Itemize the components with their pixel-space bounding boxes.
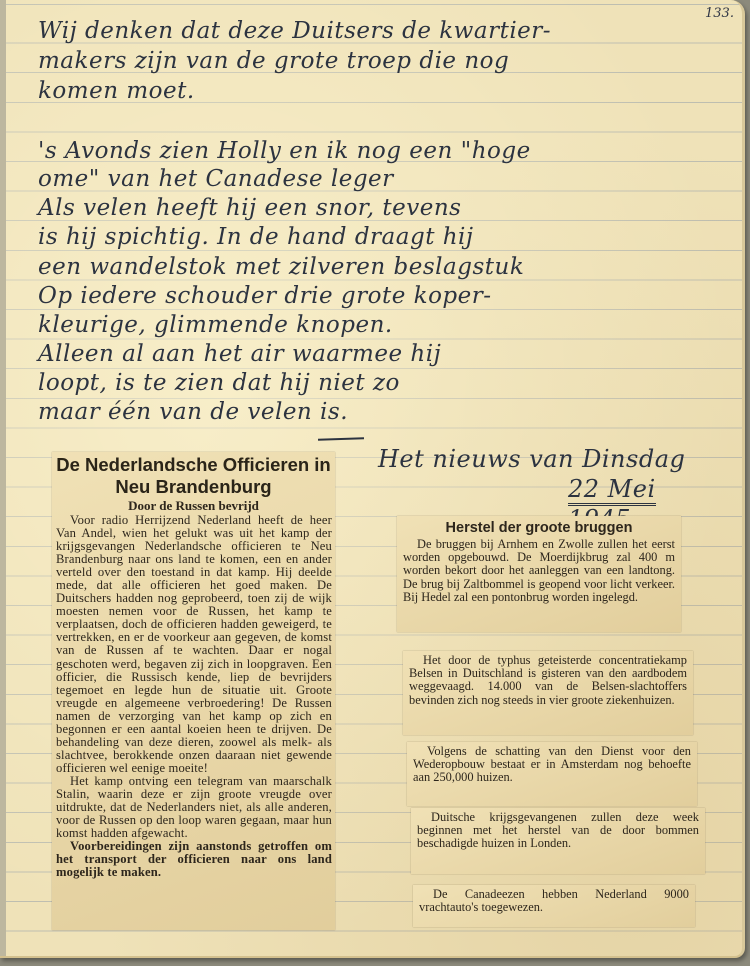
page-number: 133.	[705, 6, 734, 21]
clipping-canadian-trucks: De Canadeezen hebben Nederland 9000 vrac…	[413, 885, 695, 927]
handwritten-line: een wandelstok met zilveren beslagstuk	[38, 252, 524, 282]
handwritten-line: maar één van de velen is.	[38, 397, 348, 427]
clipping-paragraph: Voor radio Herrijzend Nederland heeft de…	[56, 514, 332, 775]
clipping-subtitle: Door de Russen bevrijd	[52, 498, 335, 514]
handwritten-line: makers zijn van de grote troep die nog	[38, 46, 509, 76]
clipping-paragraph: Voorbereidingen zijn aanstonds getroffen…	[56, 840, 332, 879]
handwritten-line: Alleen al aan het air waarmee hij	[38, 339, 441, 369]
clipping-title: De Nederlandsche Officieren in Neu Brand…	[52, 454, 335, 498]
clipping-text: De bruggen bij Arnhem en Zwolle zullen h…	[403, 538, 675, 604]
clipping-belsen: Het door de typhus geteisterde concentra…	[403, 651, 693, 735]
handwritten-line: Op iedere schouder drie grote koper-	[38, 281, 492, 311]
handwritten-line: is hij spichtig. In de hand draagt hij	[38, 222, 474, 252]
clipping-bridges: Herstel der groote bruggen De bruggen bi…	[397, 516, 681, 632]
handwritten-line: 's Avonds zien Holly en ik nog een "hoge	[38, 136, 531, 166]
clipping-title: Herstel der groote bruggen	[403, 519, 675, 537]
section-divider-line	[318, 437, 364, 441]
handwritten-line: ome" van het Canadese leger	[38, 164, 394, 194]
clipping-amsterdam-housing: Volgens de schatting van den Dienst voor…	[407, 742, 697, 806]
handwritten-line: loopt, is te zien dat hij niet zo	[38, 368, 400, 398]
diary-page: 133. Wij denken dat deze Duitsers de kwa…	[0, 0, 745, 958]
handwritten-line: Wij denken dat deze Duitsers de kwartier…	[38, 16, 551, 46]
news-heading-title: Het nieuws van Dinsdag	[378, 444, 728, 474]
clipping-officers-neu-brandenburg: De Nederlandsche Officieren in Neu Brand…	[52, 452, 335, 930]
clipping-pow-london: Duitsche krijgsgevangenen zullen deze we…	[411, 808, 705, 874]
clipping-text: Duitsche krijgsgevangenen zullen deze we…	[417, 811, 699, 851]
handwritten-line: Als velen heeft hij een snor, tevens	[38, 193, 461, 223]
clipping-paragraph: Het kamp ontving een telegram van maarsc…	[56, 775, 332, 840]
clipping-text: Het door de typhus geteisterde concentra…	[409, 654, 687, 707]
handwritten-line: komen moet.	[38, 76, 195, 106]
clipping-text: De Canadeezen hebben Nederland 9000 vrac…	[419, 888, 689, 914]
handwritten-line: kleurige, glimmende knopen.	[38, 310, 393, 340]
clipping-text: Volgens de schatting van den Dienst voor…	[413, 745, 691, 785]
page-binding-edge	[0, 0, 6, 956]
